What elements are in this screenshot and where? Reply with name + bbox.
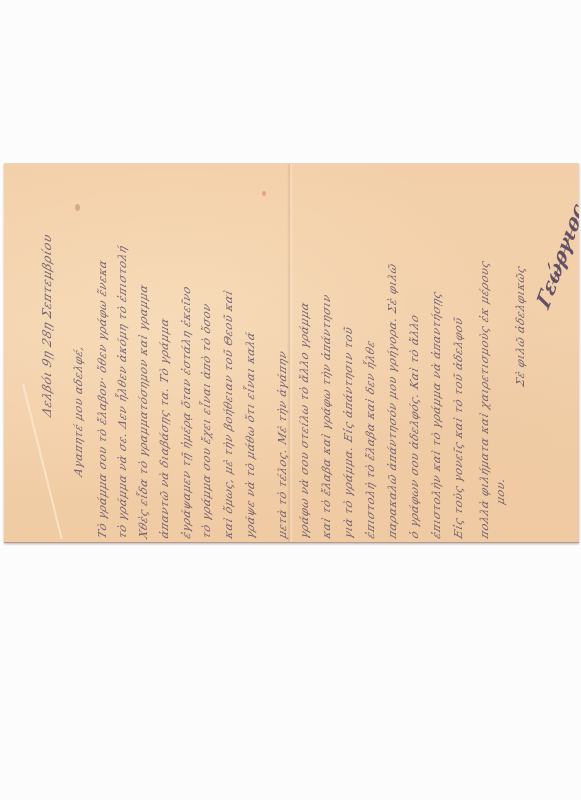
body-line: γιὰ τὸ γράμμα. Εἰς ἀπάντησιν τοῦ bbox=[342, 325, 355, 540]
body-line: καὶ τὸ ἔλαβα καὶ γράφω τὴν ἀπάντησιν bbox=[320, 292, 333, 540]
body-line: παρακαλῶ ἀπάντησόν μου γρήγορα. Σὲ φιλῶ bbox=[386, 261, 399, 540]
body-line: ὁ γράφων σου ἀδελφός. Καὶ τὸ ἄλλο bbox=[408, 312, 421, 540]
handwriting-block: Δελβόι 9ῃ 28ῃ Σεπτεμβρίου Αγαπητέ μου αδ… bbox=[4, 164, 579, 542]
body-line: τὸ γράμμα νὰ σε. Δεν ἦλθεν ἀκόμη τὸ ἐπισ… bbox=[116, 243, 129, 540]
date-line: Δελβόι 9ῃ 28ῃ Σεπτεμβρίου bbox=[40, 232, 54, 419]
body-line: πολλὰ φιλήματα καὶ χαιρετισμοὺς ἐκ μέρου… bbox=[478, 259, 491, 541]
letter-paper: Δελβόι 9ῃ 28ῃ Σεπτεμβρίου Αγαπητέ μου αδ… bbox=[4, 163, 579, 542]
body-line: τὸ γράμμα σου ἔχει εἶναι ἀπὸ τὸ ὅσον bbox=[200, 301, 213, 540]
body-line: μου. bbox=[494, 476, 507, 507]
body-line: γράψε νὰ τὸ μάθω ὅτι εἶναι καλά bbox=[244, 330, 257, 541]
signature: Γεώργιος bbox=[532, 198, 579, 313]
body-line: ἀπαντῶ νὰ διαβάσῃς τα. Τὸ γράμμα bbox=[158, 316, 171, 540]
body-line: καὶ ὅμως, μὲ τὴν βοήθειαν τοῦ Θεοῦ καὶ bbox=[222, 288, 235, 540]
body-line: μετὰ τὸ τέλος. Μὲ τὴν ἀγάπην bbox=[276, 349, 289, 540]
body-line: Εἰς τοὺς γονεῖς καὶ τὸ τοῦ ἀδελφοῦ bbox=[452, 315, 465, 540]
body-line: ἐπιστολὴν καὶ τὸ γράμμα νὰ ἀπαντήσῃς bbox=[430, 289, 443, 540]
body-line: Τὸ γράμμα σου τὸ ἔλαβον· ὅθεν γράφω ἕνεκ… bbox=[96, 258, 109, 541]
body-line: ἐπιστολὴ τὸ ἔλαβα καὶ δεν ἦλθε bbox=[364, 338, 377, 540]
body-line: Χθὲς εἶδα τὸ γραμματόσημον καὶ γραμμα bbox=[137, 282, 150, 540]
closing-line: Σὲ φιλῶ ἀδελφικῶς bbox=[514, 264, 527, 388]
greeting-line: Αγαπητέ μου αδελφέ, bbox=[72, 343, 85, 478]
body-line: ἐγράψαμεν τῇ ἡμέρᾳ ὅταν ἐστάλη ἐκεῖνο bbox=[180, 284, 193, 540]
body-line: γράφω νὰ σου στείλω τὸ ἄλλο γράμμα bbox=[298, 300, 311, 540]
